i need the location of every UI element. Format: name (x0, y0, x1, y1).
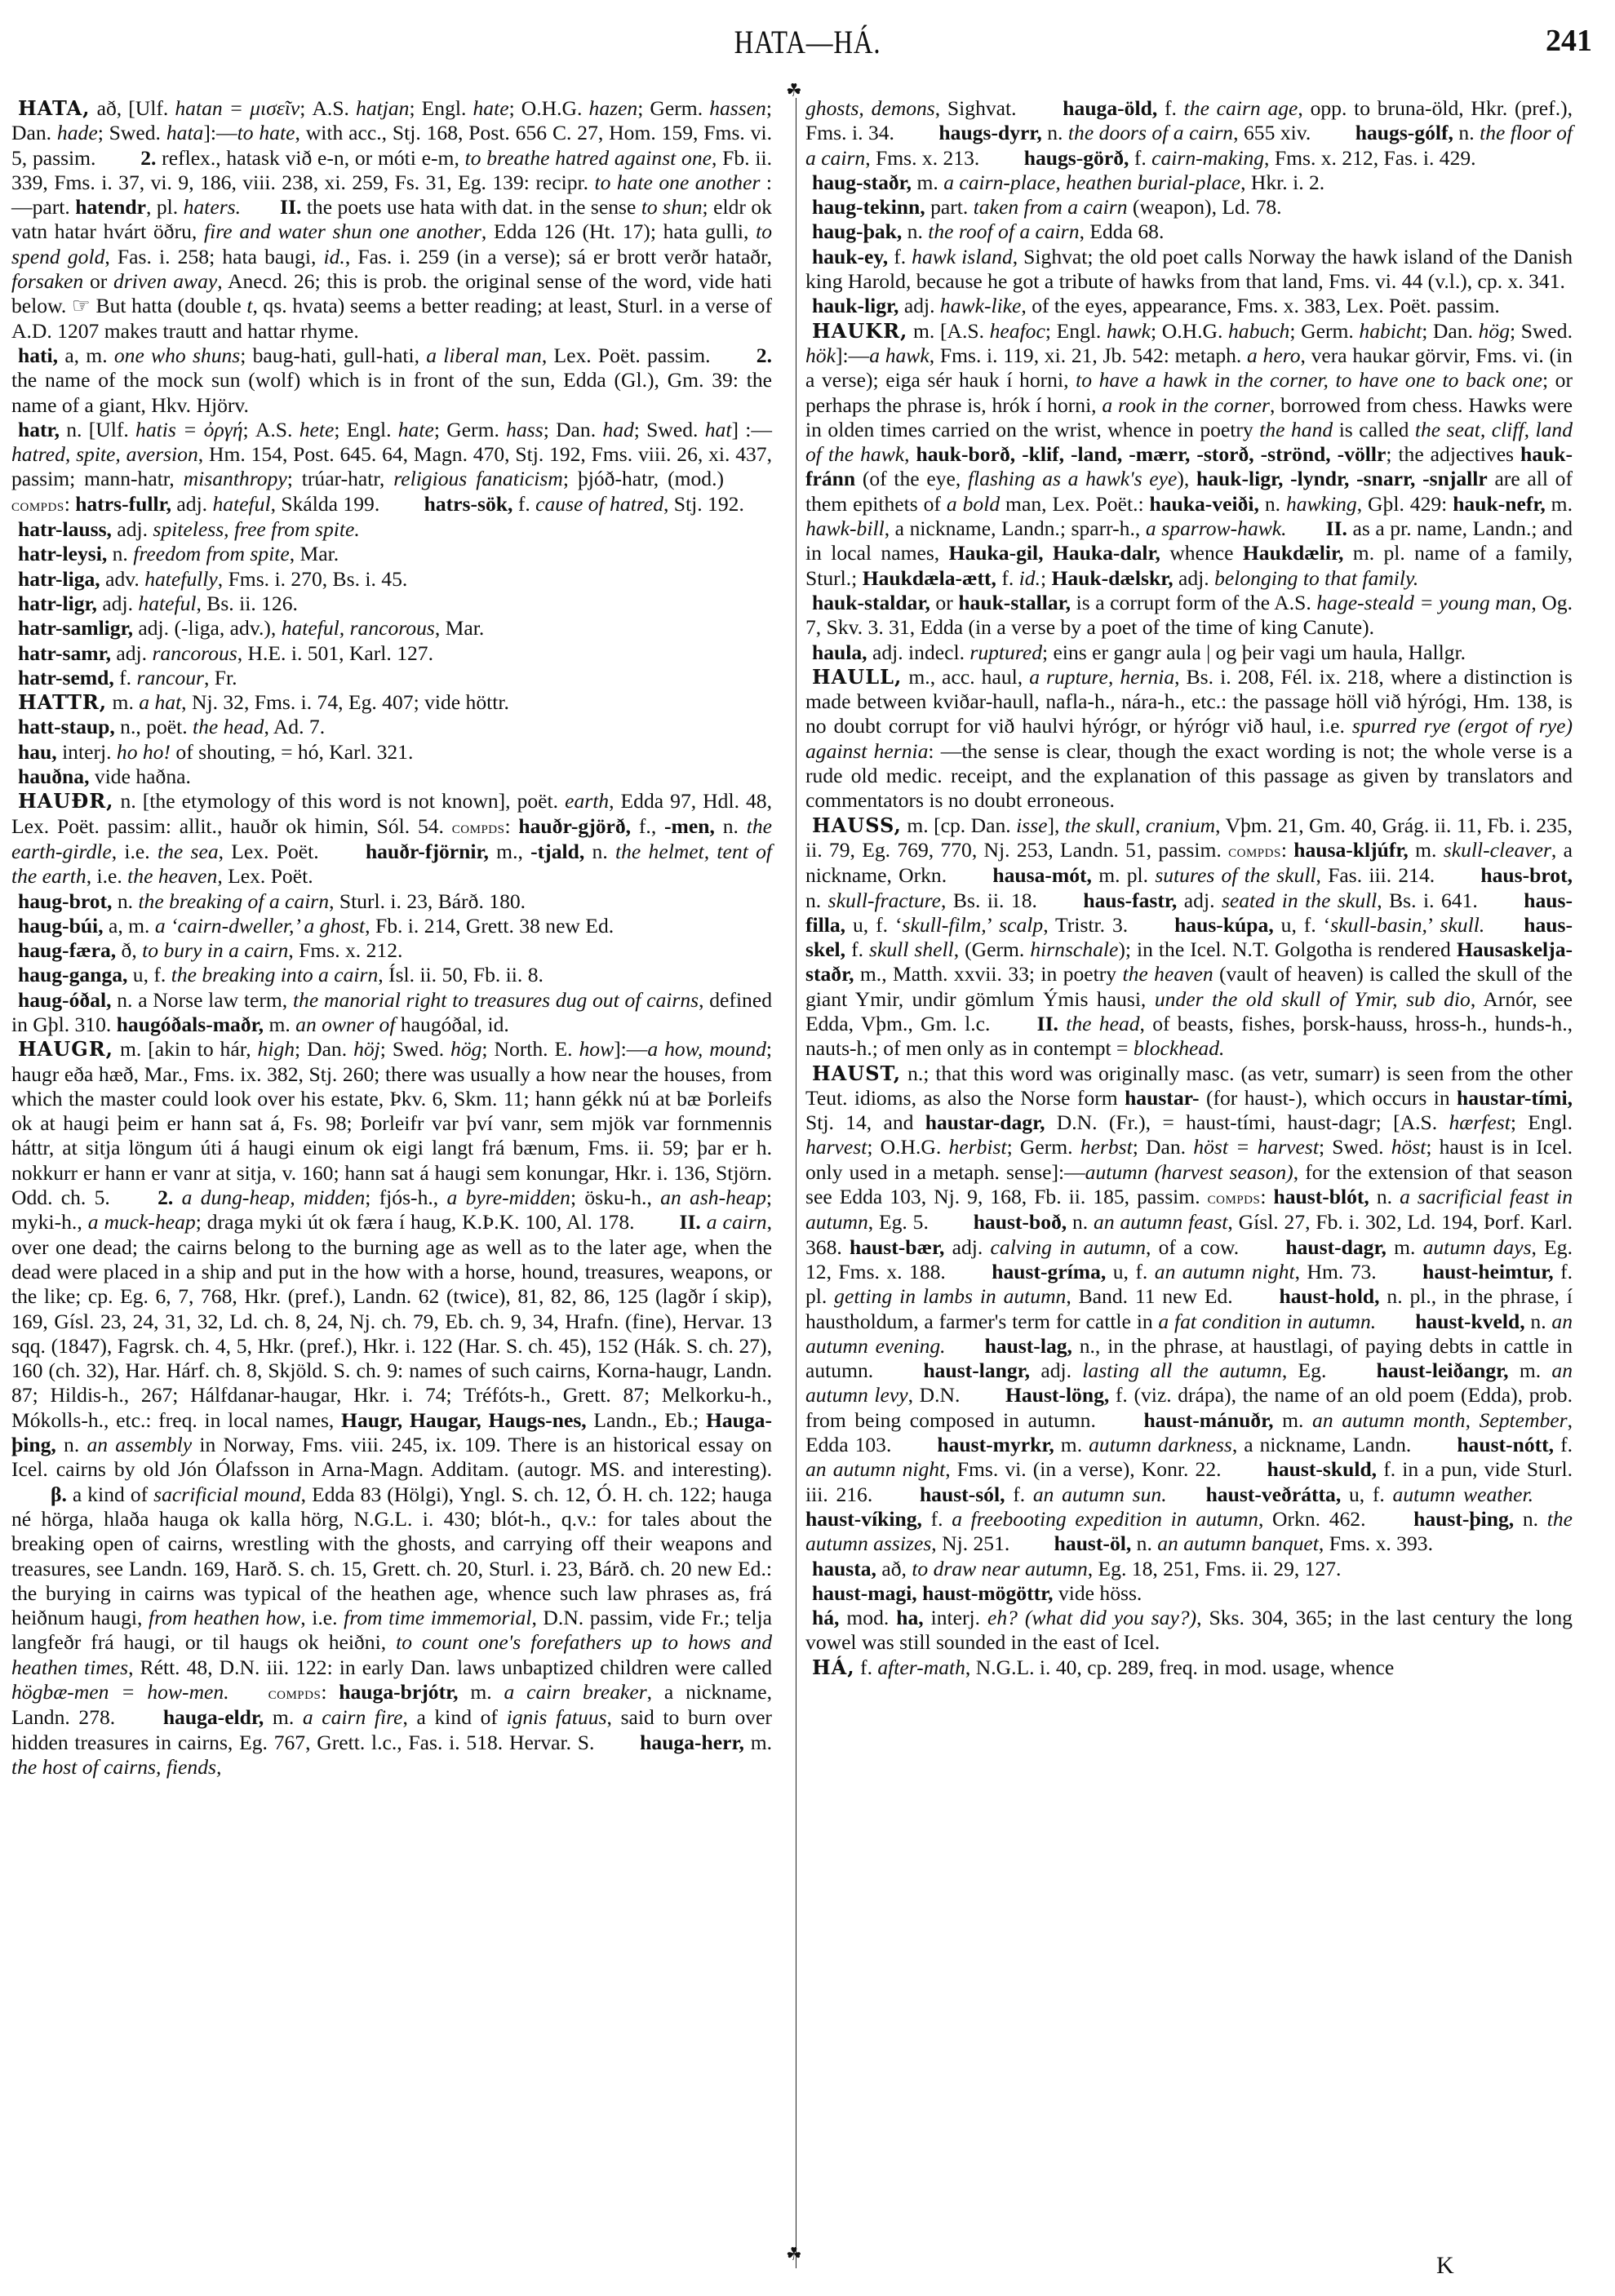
headword: hauk-ligr, -lyndr, -snarr, -snjallr (1196, 467, 1488, 490)
text: ; Engl. (1045, 319, 1107, 343)
headword: hatt-staup, (18, 715, 115, 738)
headword: hatr, (18, 418, 60, 441)
text: mod. (839, 1606, 896, 1629)
text: m. [A.S. (907, 319, 989, 343)
text: a, m. (104, 914, 155, 937)
headword: HAUKR, (812, 319, 907, 343)
text: n. (56, 1433, 87, 1456)
text: , D.N. (908, 1383, 966, 1407)
text: , Hkr. i. 2. (1240, 171, 1324, 194)
text: n. a Norse law term, (112, 988, 293, 1012)
gloss: after-math (877, 1656, 965, 1679)
gloss: t (246, 294, 252, 317)
gloss: spiteless, free from spite. (153, 517, 359, 541)
text: , Lex. Poët. (219, 840, 326, 863)
text: m. (264, 1705, 303, 1729)
headword: haust-víking, (805, 1507, 922, 1531)
text (173, 1186, 181, 1209)
text: ; Germ. (1007, 1135, 1080, 1159)
gloss: an autumn banquet (1157, 1531, 1319, 1555)
gloss: the sea (158, 840, 219, 863)
text: a, m. (58, 344, 114, 367)
text: ; (1040, 566, 1052, 590)
text: m. (1409, 838, 1444, 862)
text: , Nj. 32, Fms. i. 74, Eg. 407; vide hött… (181, 690, 509, 714)
text: is a corrupt form of the A.S. (1071, 591, 1316, 614)
text: , 655 xiv. (1233, 121, 1316, 144)
gloss: hass (506, 418, 544, 441)
text (701, 1210, 707, 1234)
headword: haust-boð, (974, 1210, 1067, 1234)
headword: haugs-görð, (1024, 146, 1129, 170)
text: m. [cp. Dan. (902, 813, 1016, 837)
gloss: ignis fatuus (507, 1705, 607, 1729)
headword: haust-hold, (1280, 1284, 1380, 1308)
headword: β. (51, 1483, 67, 1506)
text: , Bs. ii. 18. (941, 889, 1044, 912)
gloss: how (579, 1037, 614, 1061)
text: : (64, 492, 76, 516)
headword: hatr-leysi, (18, 542, 107, 565)
text: Landn., Eb.; (587, 1408, 706, 1432)
text: n. (1525, 1310, 1552, 1333)
text: n. [the etymology of this word is not kn… (114, 789, 566, 813)
headword: hauka-veiði, (1150, 492, 1259, 516)
text: , Stj. 192. (663, 492, 744, 516)
gloss: hög (1479, 319, 1510, 343)
text: , Fr. (204, 666, 237, 689)
text: ), (1177, 467, 1196, 490)
headword: haust-gríma, (992, 1260, 1106, 1283)
gloss: hateful (138, 592, 196, 615)
text: f. (512, 492, 535, 516)
signature-mark: K (1436, 2252, 1454, 2280)
gloss: under the old skull of Ymir, sub dio (1155, 987, 1471, 1011)
text: vide höss. (1054, 1581, 1142, 1605)
text: ; Dan. (1133, 1135, 1194, 1159)
gloss: cause of hatred (535, 492, 663, 516)
gloss: a fat condition in autumn. (1158, 1310, 1376, 1333)
dictionary-entry: hatr-samligr, adj. (-liga, adv.), hatefu… (11, 616, 772, 640)
text: adj. (1030, 1359, 1082, 1382)
text: f. (996, 566, 1019, 590)
headword: haust-heimtur, (1422, 1260, 1553, 1283)
text: n. (805, 889, 828, 912)
headword: haustar-tími, (1457, 1086, 1573, 1110)
text: m. (1274, 1408, 1313, 1432)
headword: hausa-kljúfr, (1293, 838, 1409, 862)
dictionary-entry: haug-færa, ð, to bury in a cairn, Fms. x… (11, 938, 772, 963)
dictionary-entry: hau, interj. ho ho! of shouting, = hó, K… (11, 740, 772, 765)
gloss: to have a hawk in the corner, to have on… (1076, 368, 1542, 392)
text: adj. (112, 517, 153, 541)
gloss: the heaven (1123, 962, 1213, 986)
gloss: an ash-heap (660, 1186, 766, 1209)
text: Stj. 14, and (805, 1110, 925, 1134)
gloss: an autumn feast (1094, 1210, 1227, 1234)
text: is called (1333, 418, 1415, 441)
dictionary-entry: ghosts, demons, Sighvat. hauga-öld, f. t… (805, 96, 1573, 171)
gloss: had (602, 418, 633, 441)
text: , Lex. Poët. passim. (542, 344, 717, 367)
headword: haust-veðrátta, (1206, 1483, 1342, 1506)
column-right: ghosts, demons, Sighvat. hauga-öld, f. t… (805, 96, 1573, 1680)
gloss: autumn (harvest season) (1085, 1160, 1293, 1184)
headword: hauga-eldr, (163, 1705, 264, 1729)
headword: hauga-herr, (640, 1731, 744, 1754)
text: , Nj. 251. (931, 1531, 1014, 1555)
text: : (504, 814, 518, 838)
headword: haust-þing, (1413, 1507, 1514, 1531)
headword: hatendr (75, 195, 146, 219)
dictionary-entry: hatt-staup, n., poët. the head, Ad. 7. (11, 715, 772, 739)
gloss: hawk (1107, 319, 1151, 343)
gloss: hærfest (1449, 1110, 1510, 1134)
gloss: to draw near autumn (912, 1557, 1087, 1580)
text: adj. (898, 294, 939, 317)
text: , (Germ. (954, 937, 1031, 961)
text: , Fas. iii. 214. (1316, 863, 1442, 887)
gloss: seated in the skull (1222, 889, 1377, 912)
dictionary-entry: haug-þak, n. the roof of a cairn, Edda 6… (805, 219, 1573, 244)
gloss: earth (565, 789, 609, 813)
gloss: calving in autumn (991, 1235, 1146, 1259)
gloss: from time immemorial (344, 1606, 531, 1629)
text: , Orkn. 462. (1258, 1507, 1374, 1531)
text: interj. (924, 1606, 987, 1629)
gloss: a dung-heap, midden (182, 1186, 366, 1209)
text: of shouting, = hó, Karl. 321. (171, 740, 413, 764)
page-number: 241 (1546, 23, 1592, 59)
dictionary-entry: haug-búi, a, m. a ‘cairn-dweller,’ a gho… (11, 914, 772, 938)
text: n. (107, 542, 133, 565)
text: ; Germ. (637, 96, 709, 120)
text: , H.E. i. 501, Karl. 127. (237, 641, 433, 665)
dictionary-entry: HAUGR, m. [akin to hár, high; Dan. höj; … (11, 1037, 772, 1780)
text: ; ösku-h., (570, 1186, 660, 1209)
text: m. (912, 171, 943, 194)
text: ’ (1427, 913, 1440, 937)
headword: haust-öl, (1054, 1531, 1132, 1555)
gloss: the hand (1259, 418, 1333, 441)
text: adj. (171, 492, 212, 516)
headword: haust-bær, (850, 1235, 944, 1259)
gloss: herbist (949, 1135, 1007, 1159)
text: , Fms. x. 213. (865, 146, 984, 170)
text: , Eg. 18, 251, Fms. ii. 29, 127. (1088, 1557, 1342, 1580)
dictionary-entry: haust-magi, haust-mögöttr, vide höss. (805, 1581, 1573, 1606)
headword: haust-kveld, (1415, 1310, 1524, 1333)
headword: hauk-ey, (812, 245, 888, 268)
text: vide haðna. (90, 765, 191, 788)
headword: hatrs-sök, (424, 492, 513, 516)
headword: haust-dagr, (1285, 1235, 1387, 1259)
gloss: hat (705, 418, 732, 441)
headword: haug-brot, (18, 889, 112, 913)
headword: Haust-löng, (1005, 1383, 1109, 1407)
dictionary-entry: HAUKR, m. [A.S. heafoc; Engl. hawk; O.H.… (805, 319, 1573, 591)
text: , Fb. i. 214, Grett. 38 new Ed. (365, 914, 614, 937)
text: n. (1453, 121, 1480, 144)
text: f., (631, 814, 664, 838)
text: m. (1387, 1235, 1423, 1259)
headword: haustar- (1125, 1086, 1199, 1110)
text: að, (876, 1557, 912, 1580)
headword: hatr-semd, (18, 666, 114, 689)
headword: HAUÐR, (18, 789, 114, 813)
text: n. (112, 889, 138, 913)
headword: Haukdæla-ætt, (863, 566, 996, 590)
gloss: sacrificial mound (153, 1483, 300, 1506)
text: u, f. ‘ (845, 913, 902, 937)
gloss: hade (57, 121, 98, 144)
dictionary-entry: hatr-liga, adv. hatefully, Fms. i. 270, … (11, 567, 772, 592)
text: adj. (111, 641, 152, 665)
headword: II. (1326, 516, 1347, 540)
gloss: hawk-like (940, 294, 1022, 317)
gloss: the heaven (127, 864, 217, 888)
headword: II. (280, 195, 301, 219)
gloss: the head (1066, 1012, 1139, 1035)
headword: Hauk-dælskr, (1051, 566, 1173, 590)
headword: hauk-nefr, (1453, 492, 1546, 516)
text: u, f. (127, 963, 171, 986)
text: m., Matth. xxvii. 33; in poetry (854, 962, 1123, 986)
gloss: herbst (1080, 1135, 1133, 1159)
headword: hauga-öld, (1063, 96, 1157, 120)
text: ; Swed. (1510, 319, 1573, 343)
headword: -men, (664, 814, 715, 838)
text: part. (925, 195, 974, 219)
headword: haug-ganga, (18, 963, 127, 986)
text: f. (114, 666, 137, 689)
compounds-label: compds (1228, 841, 1281, 861)
gloss: hatefully (144, 567, 218, 591)
text: ; Swed. (634, 418, 705, 441)
headword: 2. (756, 344, 772, 367)
text: ; fjós-h., (365, 1186, 446, 1209)
headword: 2. (140, 146, 156, 170)
text: u, f. (1341, 1483, 1392, 1506)
gloss: hirnschale (1030, 937, 1118, 961)
text: ; haugr eða hæð, Mar., Fms. ix. 382, Stj… (11, 1037, 772, 1209)
gloss: högbæ-men = how-men. (11, 1680, 229, 1704)
text: D.N. (Fr.), = haust-tími, haust-dagr; [A… (1045, 1110, 1449, 1134)
text: u, f. ‘ (1274, 913, 1330, 937)
text: m. (107, 690, 139, 714)
dictionary-entry: há, mod. ha, interj. eh? (what did you s… (805, 1606, 1573, 1656)
gloss: forsaken (11, 269, 83, 293)
text: f. (922, 1507, 952, 1531)
gloss: a how, mound (647, 1037, 766, 1061)
dictionary-entry: haug-óðal, n. a Norse law term, the mano… (11, 988, 772, 1038)
gloss: hawk island (912, 245, 1013, 268)
text: m. (1054, 1433, 1089, 1456)
text: ; Dan. (295, 1037, 353, 1061)
gloss: id. (1019, 566, 1040, 590)
headword: hatr-lauss, (18, 517, 112, 541)
gloss: driven away (113, 269, 217, 293)
dictionary-entry: hauk-staldar, or hauk-stallar, is a corr… (805, 591, 1573, 640)
gloss: fire and water shun one another (204, 219, 481, 243)
dictionary-entry: hauðna, vide haðna. (11, 765, 772, 789)
running-head: HATA—HÁ. 241 (0, 23, 1615, 72)
headword: HAUST, (812, 1062, 901, 1085)
text: ; eins er gangr aula | og þeir vagi um h… (1042, 640, 1466, 664)
gloss: harvest (805, 1135, 867, 1159)
headword: haug-búi, (18, 914, 104, 937)
text: , of the eyes, appearance, Fms. x. 383, … (1021, 294, 1499, 317)
headword: haugs-dyrr, (938, 121, 1041, 144)
text: ; Germ. (434, 418, 506, 441)
headword: hatrs-fullr, (75, 492, 171, 516)
gloss: id. (324, 245, 345, 268)
text: m. (744, 1731, 772, 1754)
text: adj. (-liga, adv.), (133, 616, 282, 640)
text: n. (1514, 1507, 1547, 1531)
gloss: the manorial right to treasures dug out … (293, 988, 699, 1012)
gloss: to breathe hatred against one (465, 146, 712, 170)
text: ; Germ. (1289, 319, 1359, 343)
gloss: heafoc (990, 319, 1045, 343)
text: ]:— (614, 1037, 647, 1061)
gloss: the skull, cranium (1065, 813, 1215, 837)
text: ; O.H.G. (867, 1135, 948, 1159)
text: n. (1042, 121, 1068, 144)
text: , a nickname, Landn. (1232, 1433, 1418, 1456)
text: ; Swed. (380, 1037, 450, 1061)
text: adj. (1174, 566, 1214, 590)
headword: Hauka-gil, Hauka-dalr, (949, 541, 1160, 565)
text: n. [Ulf. (60, 418, 135, 441)
headword: hatr-samligr, (18, 616, 133, 640)
dictionary-entry: hatr, n. [Ulf. hatis = ὀργή; A.S. hete; … (11, 418, 772, 517)
text: , Fms. vi. (in a verse), Konr. 22. (945, 1457, 1227, 1481)
text: ; draga myki út ok færa í haug, K.Þ.K. 1… (196, 1210, 641, 1234)
text: n. (584, 840, 615, 863)
text: m., (489, 840, 530, 863)
headword: haus-brot, (1480, 863, 1573, 887)
dictionary-entry: hauk-ey, f. hawk island, Sighvat; the ol… (805, 245, 1573, 295)
text: u, f. (1106, 1260, 1154, 1283)
gloss: hatis = ὀργή (135, 418, 242, 441)
gloss: hawking (1286, 492, 1357, 516)
headword: haug-óðal, (18, 988, 112, 1012)
headword: haust-blót, (1273, 1185, 1369, 1208)
text: , Lex. Poët. (217, 864, 313, 888)
gloss: a liberal man (426, 344, 542, 367)
gloss: hateful, rancorous (282, 616, 435, 640)
text: (of the eye, (855, 467, 968, 490)
gloss: hate (398, 418, 434, 441)
text: , Fms. x. 212, Fas. i. 429. (1264, 146, 1476, 170)
gloss: rancorous (152, 641, 237, 665)
gloss: freedom from spite (133, 542, 289, 565)
dictionary-entry: haug-ganga, u, f. the breaking into a ca… (11, 963, 772, 987)
gloss: skull-film, (903, 913, 987, 937)
dictionary-entry: hatr-ligr, adj. hateful, Bs. ii. 126. (11, 592, 772, 616)
headword: haust-langr, (923, 1359, 1030, 1382)
text: ; the adjectives (1386, 442, 1520, 466)
text: , of a cow. (1146, 1235, 1246, 1259)
gloss: hata (166, 121, 204, 144)
gloss: a hero (1247, 344, 1300, 367)
text: n. (1067, 1210, 1094, 1234)
text: ; North. E. (481, 1037, 579, 1061)
gloss: sutures of the skull (1155, 863, 1316, 887)
dictionary-entry: HAUÐR, n. [the etymology of this word is… (11, 789, 772, 889)
text: m., acc. haul, (902, 665, 1029, 689)
text: f. (1157, 96, 1183, 120)
text: m. (459, 1680, 504, 1704)
gloss: scalp (999, 913, 1043, 937)
headword: haust-sól, (920, 1483, 1005, 1506)
headword: hatr-ligr, (18, 592, 97, 615)
gloss: höst (1391, 1135, 1426, 1159)
gloss: hete (299, 418, 335, 441)
headword: haust-skuld, (1267, 1457, 1377, 1481)
text: , Fms. i. 270, Bs. i. 45. (218, 567, 408, 591)
headword: hatr-samr, (18, 641, 111, 665)
text: ; Swed. (1319, 1135, 1391, 1159)
gloss: an autumn night (805, 1457, 945, 1481)
gloss: a bold (947, 492, 1000, 516)
text: or (930, 591, 958, 614)
dictionary-entry: hatr-semd, f. rancour, Fr. (11, 666, 772, 690)
gloss: a rook in the corner (1102, 393, 1270, 417)
text: : (321, 1680, 339, 1704)
headword: haus-kúpa, (1174, 913, 1274, 937)
text: adj. indecl. (867, 640, 970, 664)
dictionary-entry: HÁ, f. after-math, N.G.L. i. 40, cp. 289… (805, 1656, 1573, 1680)
text: ]:— (836, 344, 869, 367)
dictionary-entry: HAUST, n.; that this word was originally… (805, 1062, 1573, 1557)
text: ; Engl. (409, 96, 473, 120)
gloss: an autumn sun. (1033, 1483, 1167, 1506)
headword: Haukdælir, (1243, 541, 1344, 565)
ornament-trefoil-icon: ☘ (786, 82, 802, 100)
text: að, [Ulf. (91, 96, 175, 120)
text: , i.e. (112, 840, 158, 863)
gloss: an owner of (295, 1013, 395, 1036)
text: , Fms. x. 393. (1319, 1531, 1433, 1555)
dictionary-entry: hatr-leysi, n. freedom from spite, Mar. (11, 542, 772, 566)
text: , Bs. i. 641. (1377, 889, 1484, 912)
text: , a nickname, Landn.; sparr-h., (885, 516, 1146, 540)
text: m. (264, 1013, 295, 1036)
gloss: ho ho! (117, 740, 171, 764)
text: adj. (944, 1235, 990, 1259)
text: ð, (116, 938, 142, 962)
text: n., poët. (115, 715, 193, 738)
gloss: hateful (212, 492, 270, 516)
gloss: autumn weather. (1393, 1483, 1534, 1506)
gloss: a cairn-place, heathen burial-place (943, 171, 1240, 194)
dictionary-entry: hausta, að, to draw near autumn, Eg. 18,… (805, 1557, 1573, 1581)
text: the poets use hata with dat. in the sens… (301, 195, 641, 219)
headword: hauðr-fjörnir, (366, 840, 489, 863)
text: , Eg. (1282, 1359, 1338, 1382)
text: , Skálda 199. (271, 492, 385, 516)
gloss: hatan = μισεῖν (175, 96, 299, 120)
gloss: a cairn (707, 1210, 767, 1234)
gloss: the head (193, 715, 264, 738)
text: ]:— (203, 121, 237, 144)
gloss: hate (473, 96, 509, 120)
headword: HATA, (18, 96, 91, 120)
gloss: to hate one another (594, 171, 760, 194)
text: m. (1546, 492, 1573, 516)
